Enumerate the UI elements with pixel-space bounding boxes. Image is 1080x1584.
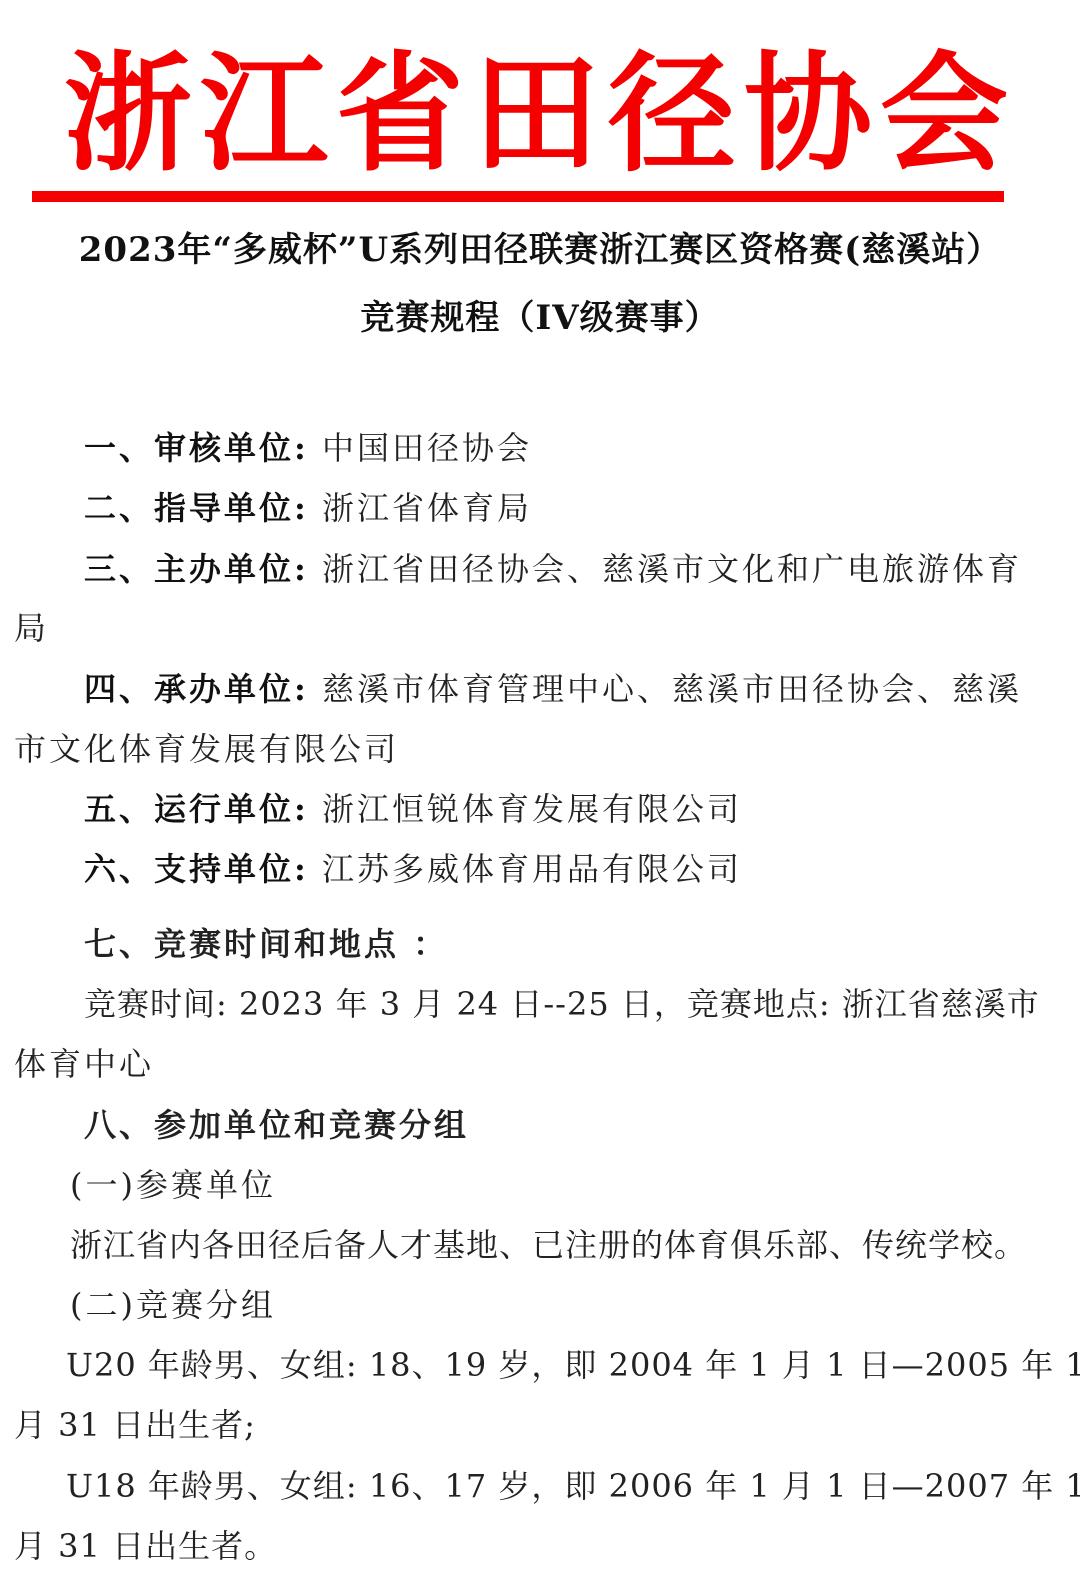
section-3-continuation: 局 xyxy=(14,608,49,648)
section-2-value: 浙江省体育局 xyxy=(322,489,532,527)
section-6-label: 六、支持单位: xyxy=(84,850,309,888)
section-2: 二、指导单位: 浙江省体育局 xyxy=(84,488,532,528)
group-u18-line1: U18 年龄男、女组: 16、17 岁，即 2006 年 1 月 1 日—200… xyxy=(66,1466,1080,1506)
section-1-label: 一、审核单位: xyxy=(84,429,309,467)
section-4-label: 四、承办单位: xyxy=(84,670,309,708)
section-6-value: 江苏多威体育用品有限公司 xyxy=(322,850,742,888)
section-3: 三、主办单位: 浙江省田径协会、慈溪市文化和广电旅游体育 xyxy=(84,549,1022,589)
section-6: 六、支持单位: 江苏多威体育用品有限公司 xyxy=(84,849,742,889)
section-4: 四、承办单位: 慈溪市体育管理中心、慈溪市田径协会、慈溪 xyxy=(84,669,1022,709)
letterhead-red-rule xyxy=(32,191,1004,202)
section-5-label: 五、运行单位: xyxy=(84,790,309,828)
section-8-heading: 八、参加单位和竞赛分组 xyxy=(84,1105,469,1145)
section-3-label: 三、主办单位: xyxy=(84,550,309,588)
section-4-value: 慈溪市体育管理中心、慈溪市田径协会、慈溪 xyxy=(322,670,1022,708)
section-4-continuation: 市文化体育发展有限公司 xyxy=(14,729,399,769)
document-title-line1: 2023年“多威杯”U系列田径联赛浙江赛区资格赛(慈溪站） xyxy=(0,222,1080,271)
group-u20-line1: U20 年龄男、女组: 18、19 岁，即 2004 年 1 月 1 日—200… xyxy=(66,1345,1080,1385)
section-1: 一、审核单位: 中国田径协会 xyxy=(84,428,532,468)
group-u18-line2: 月 31 日出生者。 xyxy=(14,1526,277,1566)
letterhead-org-name: 浙江省田径协会 xyxy=(0,40,1080,190)
document-title-line2: 竞赛规程（IV级赛事） xyxy=(0,290,1080,339)
section-7-continuation: 体育中心 xyxy=(14,1044,154,1084)
section-8-sub1-heading: (一)参赛单位 xyxy=(70,1165,276,1205)
section-8-sub1-text: 浙江省内各田径后备人才基地、已注册的体育俱乐部、传统学校。 xyxy=(70,1225,1027,1265)
section-3-value: 浙江省田径协会、慈溪市文化和广电旅游体育 xyxy=(322,550,1022,588)
section-7-time-location: 竞赛时间: 2023 年 3 月 24 日--25 日，竞赛地点: 浙江省慈溪市 xyxy=(84,984,1040,1024)
section-5-value: 浙江恒锐体育发展有限公司 xyxy=(322,790,742,828)
section-8-sub2-heading: (二)竞赛分组 xyxy=(70,1285,276,1325)
section-1-value: 中国田径协会 xyxy=(322,429,532,467)
section-5: 五、运行单位: 浙江恒锐体育发展有限公司 xyxy=(84,789,742,829)
group-u20-line2: 月 31 日出生者; xyxy=(14,1405,256,1445)
section-7-heading: 七、竞赛时间和地点 ： xyxy=(84,924,448,964)
section-2-label: 二、指导单位: xyxy=(84,489,309,527)
